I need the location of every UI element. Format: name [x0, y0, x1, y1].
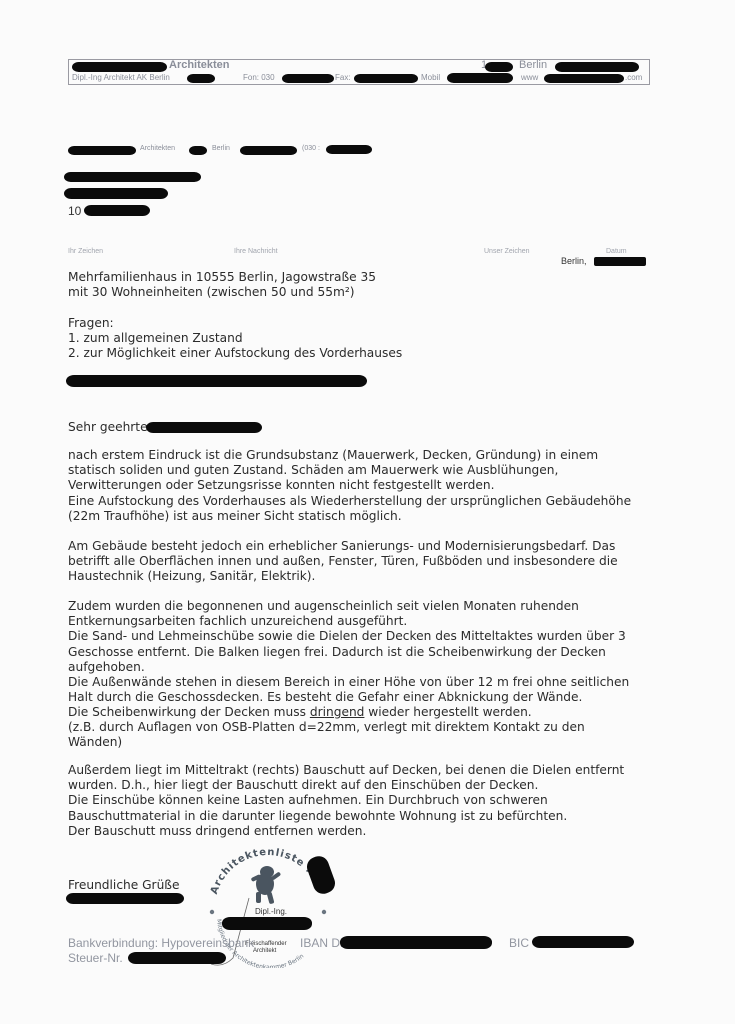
redacted-subject-extra	[66, 375, 367, 387]
redacted-recipient-street	[64, 188, 168, 199]
question-1: 1. zum allgemeinen Zustand	[68, 331, 243, 346]
redacted-signatory	[66, 893, 184, 904]
date-place: Berlin,	[561, 256, 587, 266]
footer-bank: Bankverbindung: Hypovereinsbank	[68, 936, 254, 950]
ref-unser-zeichen: Unser Zeichen	[484, 248, 530, 255]
ref-ihre-nachricht: Ihre Nachricht	[234, 248, 278, 255]
redacted-recipient-name	[64, 172, 201, 182]
letterhead-fon-label: Fon: 030	[243, 73, 275, 82]
letterhead-firm-suffix: Architekten	[169, 59, 230, 71]
question-2: 2. zur Möglichkeit einer Aufstockung des…	[68, 346, 402, 361]
redacted-iban	[340, 936, 492, 949]
redacted-sender-phone	[326, 145, 372, 154]
redacted-sender-street	[240, 146, 297, 155]
urgent-post: wieder hergestellt werden.	[364, 705, 531, 719]
redacted-bic	[532, 936, 634, 948]
redacted-street	[555, 62, 639, 72]
redacted-phone	[282, 74, 334, 83]
paragraph-rubble: Außerdem liegt im Mitteltrakt (rechts) B…	[68, 763, 624, 839]
footer-bic-label: BIC	[509, 936, 529, 950]
paragraph-gutting: Zudem wurden die begonnenen und augensch…	[68, 599, 629, 705]
stamp-role-2: Architekt	[253, 948, 277, 954]
redacted-website	[544, 74, 624, 83]
redacted-firm-name	[72, 62, 167, 72]
letterhead-fax-label: Fax:	[335, 73, 351, 82]
ref-datum: Datum	[606, 248, 627, 255]
urgent-pre: Die Scheibenwirkung der Decken muss	[68, 705, 310, 719]
redacted-salutation-name	[146, 422, 262, 433]
redacted-mobile	[447, 73, 513, 83]
footer-tax-label: Steuer-Nr.	[68, 951, 123, 965]
subject-line-2: mit 30 Wohneinheiten (zwischen 50 und 55…	[68, 285, 354, 300]
redacted-date	[594, 257, 646, 266]
urgent-word: dringend	[310, 705, 365, 719]
paragraph-condition: nach erstem Eindruck ist die Grundsubsta…	[68, 448, 631, 524]
redacted-sender-postcode	[189, 146, 207, 155]
subject-line-1: Mehrfamilienhaus in 10555 Berlin, Jagows…	[68, 270, 376, 285]
letterhead-web-suffix: .com	[625, 73, 642, 82]
letterhead: Architekten 1 Berlin Dipl.-Ing Architekt…	[68, 59, 650, 85]
salutation: Sehr geehrte	[68, 420, 148, 435]
redacted-tax-number	[128, 952, 226, 964]
paragraph-urgent: Die Scheibenwirkung der Decken muss drin…	[68, 705, 532, 720]
ref-ihr-zeichen: Ihr Zeichen	[68, 248, 103, 255]
questions-heading: Fragen:	[68, 316, 114, 331]
redacted-postcode	[485, 62, 513, 72]
sender-city: Berlin	[212, 145, 230, 152]
letterhead-title: Dipl.-Ing Architekt AK Berlin	[72, 73, 170, 82]
paragraph-renovation: Am Gebäude besteht jedoch ein erhebliche…	[68, 539, 618, 585]
redacted-ak-number	[187, 74, 215, 83]
paragraph-osb-example: (z.B. durch Auflagen von OSB-Platten d=2…	[68, 720, 585, 750]
redacted-fax	[354, 74, 418, 83]
sender-firm: Architekten	[140, 145, 175, 152]
redacted-stamp-name	[222, 917, 312, 930]
redacted-recipient-city	[84, 205, 150, 216]
recipient-postcode-prefix: 10	[68, 204, 81, 218]
redacted-sender-name	[68, 146, 136, 155]
letterhead-mobil-label: Mobil	[421, 73, 440, 82]
sender-phone-prefix: (030 :	[302, 145, 320, 152]
letterhead-city: Berlin	[519, 59, 547, 71]
stamp-degree: Dipl.-Ing.	[255, 907, 287, 916]
closing: Freundliche Grüße	[68, 878, 179, 893]
berlin-bear-icon	[251, 866, 282, 904]
letterhead-web-prefix: www	[521, 73, 538, 82]
